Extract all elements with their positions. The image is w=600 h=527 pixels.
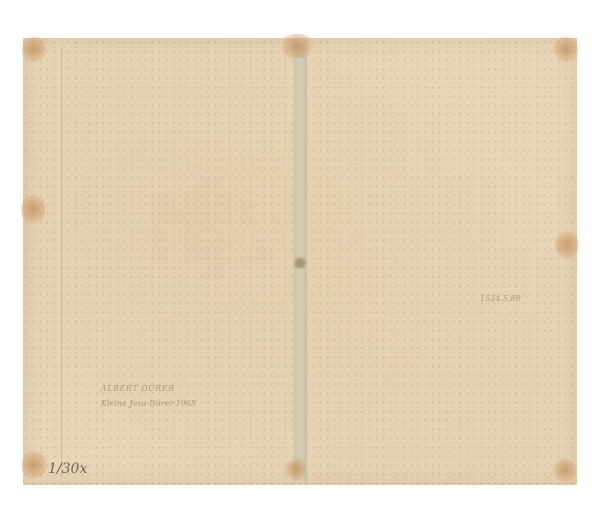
inscription-artist: ALBERT DÜRER xyxy=(101,384,175,393)
inscription-inventory: 1524.5.88 xyxy=(480,294,521,303)
inscription-edition: 1/30x xyxy=(48,461,87,477)
inscription-title: Kleine Jesu-Dürer 1965 xyxy=(101,399,196,408)
paper-sheet: ALBERT DÜRER Kleine Jesu-Dürer 1965 1524… xyxy=(23,38,577,485)
strip-mark xyxy=(291,257,309,269)
stain-top-left xyxy=(21,36,47,62)
stain-bottom-right xyxy=(553,458,577,482)
stain-bottom-left xyxy=(21,450,47,480)
stain-bottom-center xyxy=(285,458,307,480)
stain-left-edge xyxy=(21,193,45,225)
stain-top-center xyxy=(279,34,315,58)
stain-top-right xyxy=(553,36,579,62)
left-margin-line xyxy=(61,48,62,478)
stain-right-edge xyxy=(555,230,579,260)
